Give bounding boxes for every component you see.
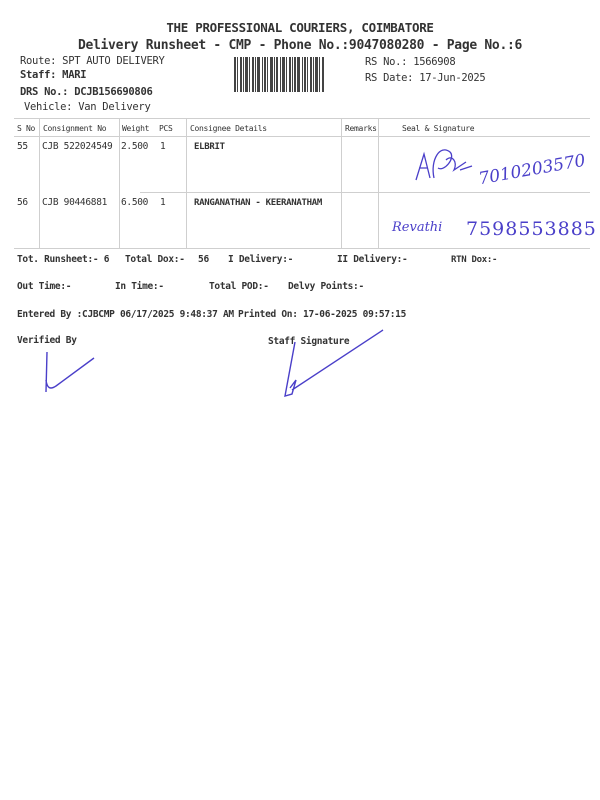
verifier-signature-icon xyxy=(0,0,600,800)
